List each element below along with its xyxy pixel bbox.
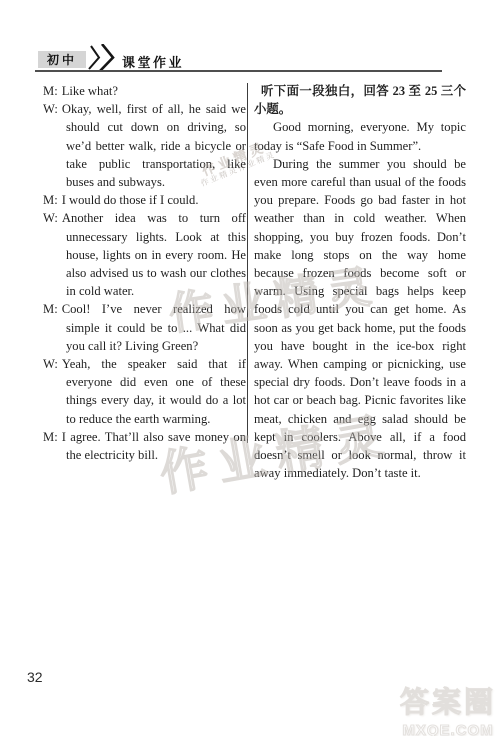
workbook-page: 初中 课堂作业 M:Like what? W:Okay, well, first… <box>0 0 500 736</box>
header-level-badge: 初中 <box>38 51 86 68</box>
section-instruction: 听下面一段独白，回答 23 至 25 三个小题。 <box>254 82 466 118</box>
site-watermark-url: MXQE.COM <box>400 722 496 736</box>
right-column: 听下面一段独白，回答 23 至 25 三个小题。 Good morning, e… <box>254 82 466 482</box>
speaker-label: M: <box>43 302 62 316</box>
left-column: M:Like what? W:Okay, well, first of all,… <box>43 82 246 464</box>
dialogue-line: W:Another idea was to turn off unnecessa… <box>43 209 246 300</box>
page-number: 32 <box>27 669 43 685</box>
monologue-paragraph: Good morning, everyone. My topic today i… <box>254 118 466 154</box>
monologue-paragraph: During the summer you should be even mor… <box>254 155 466 483</box>
dialogue-text: I agree. That’ll also save money on the … <box>62 430 246 462</box>
dialogue-line: M:I would do those if I could. <box>43 191 246 209</box>
speaker-label: M: <box>43 84 62 98</box>
speaker-label: M: <box>43 430 62 444</box>
dialogue-text: Cool! I’ve never realized how simple it … <box>62 302 246 352</box>
dialogue-line: W:Okay, well, first of all, he said we s… <box>43 100 246 191</box>
speaker-label: W: <box>43 211 62 225</box>
dialogue-line: M:I agree. That’ll also save money on th… <box>43 428 246 464</box>
dialogue-text: Like what? <box>62 84 118 98</box>
double-chevron-icon <box>86 44 118 72</box>
dialogue-text: Another idea was to turn off unnecessary… <box>62 211 246 298</box>
header-rule <box>35 70 442 72</box>
speaker-label: W: <box>43 102 62 116</box>
dialogue-line: W:Yeah, the speaker said that if everyon… <box>43 355 246 428</box>
dialogue-line: M:Like what? <box>43 82 246 100</box>
column-divider <box>247 83 248 443</box>
dialogue-text: Okay, well, first of all, he said we sho… <box>62 102 246 189</box>
dialogue-line: M:Cool! I’ve never realized how simple i… <box>43 300 246 355</box>
dialogue-text: Yeah, the speaker said that if everyone … <box>62 357 246 426</box>
speaker-label: M: <box>43 193 62 207</box>
speaker-label: W: <box>43 357 62 371</box>
site-watermark-name: 答案圈 <box>400 680 496 721</box>
site-watermark: 答案圈 MXQE.COM <box>400 680 496 736</box>
header-level-label: 初中 <box>47 51 77 68</box>
header-title: 课堂作业 <box>122 52 184 71</box>
dialogue-text: I would do those if I could. <box>62 193 199 207</box>
